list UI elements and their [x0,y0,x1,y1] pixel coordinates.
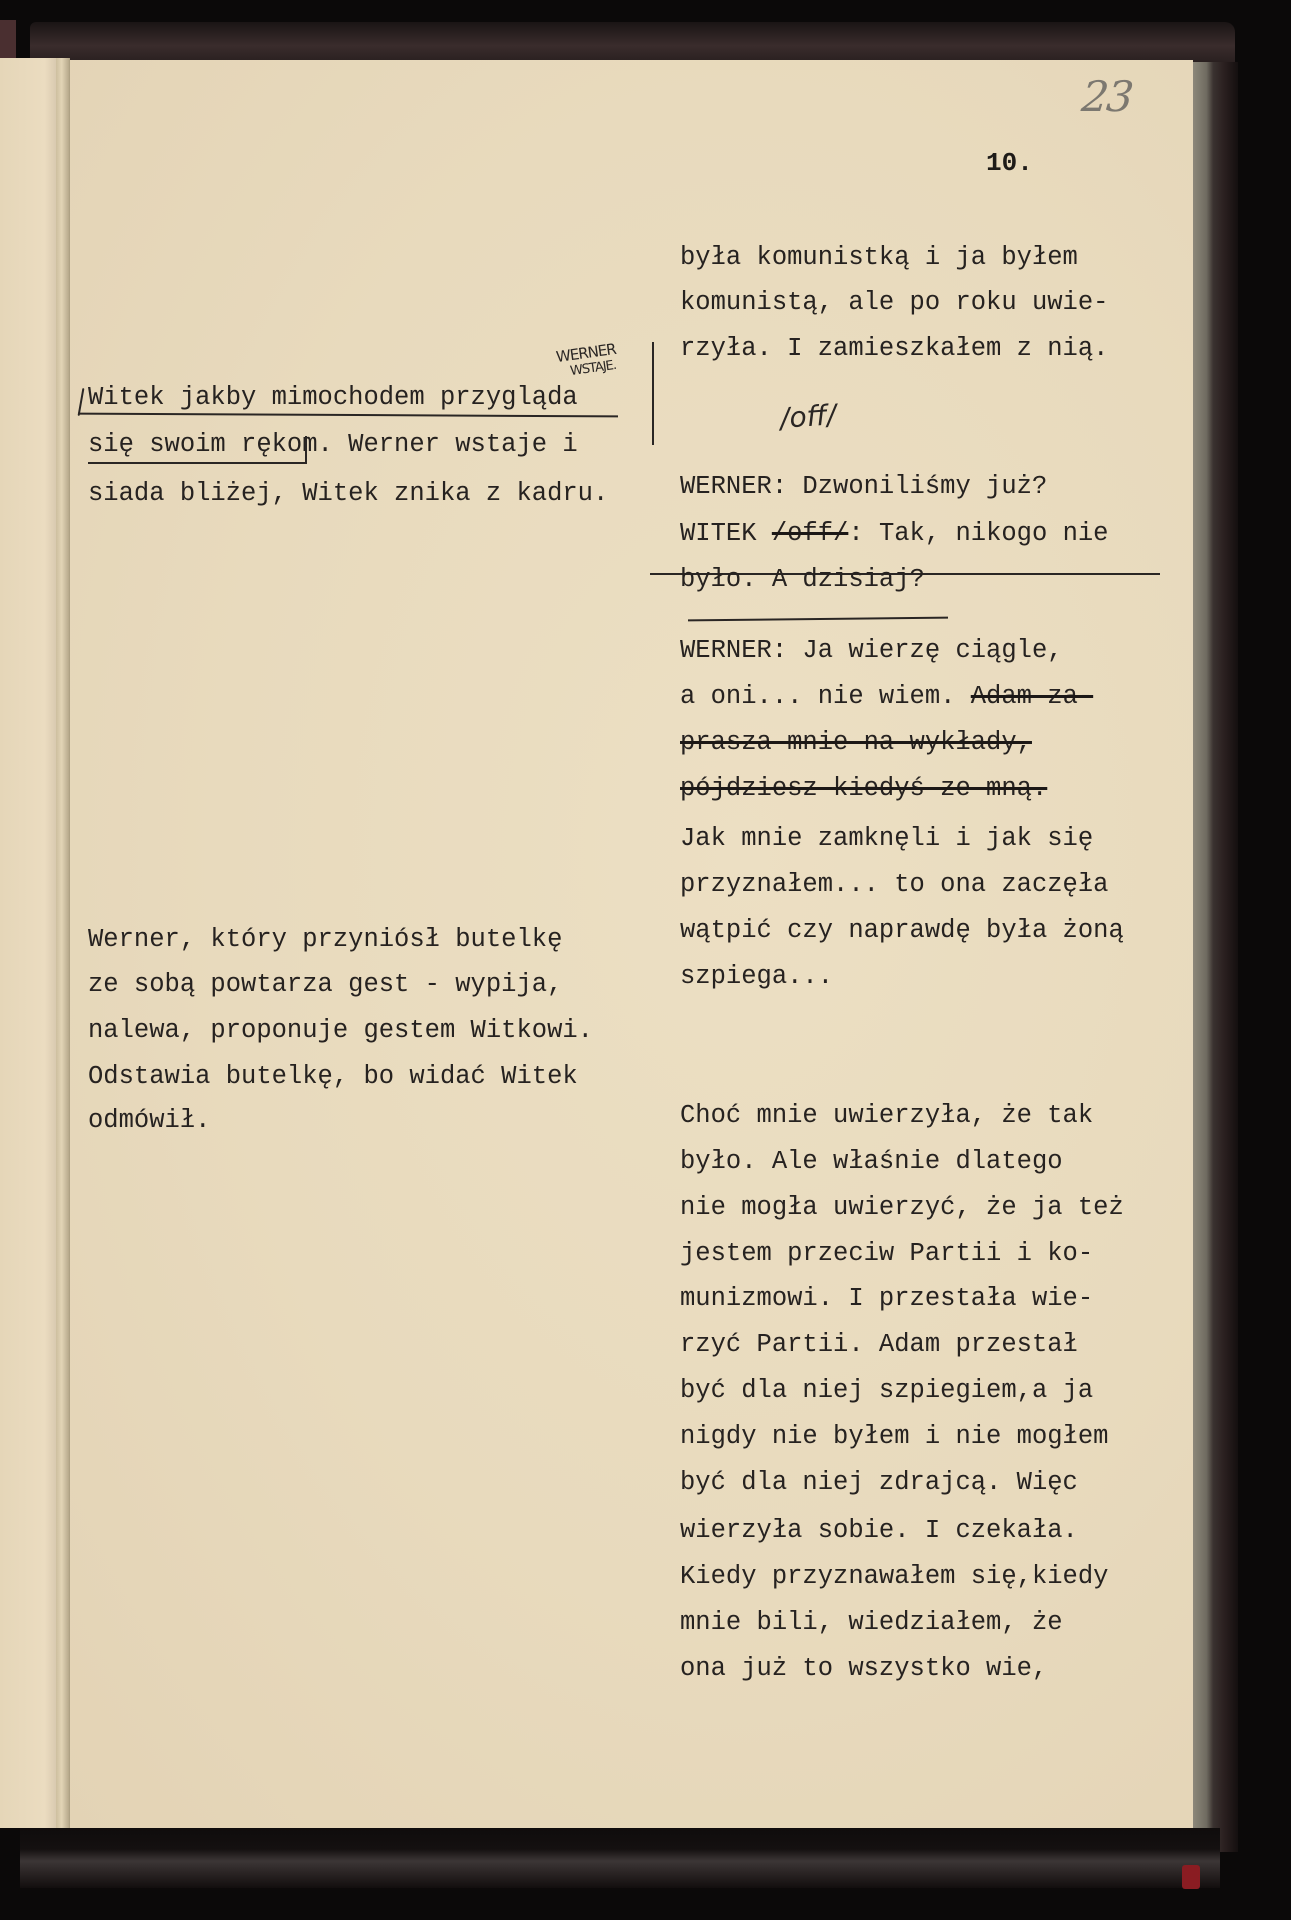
handwritten-off-note: /off/ [779,398,837,435]
dialogue-line: Jak mnie zamknęli i jak się [680,824,1093,854]
dialogue-line: wątpić czy naprawdę była żoną [680,916,1124,946]
dialogue-line: być dla niej szpiegiem,a ja [680,1376,1093,1406]
dialogue-line: była komunistką i ja byłem [680,243,1078,273]
typed-page-number: 10. [986,148,1033,178]
cover-corner [1182,1865,1200,1889]
dialogue-line: nie mogła uwierzyć, że ja też [680,1193,1124,1223]
dialogue-line: przyznałem... to ona zaczęła [680,870,1108,900]
left-action-line: Odstawia butelkę, bo widać Witek [88,1062,578,1092]
handwritten-page-number: 23 [1079,72,1134,121]
dialogue-line: mnie bili, wiedziałem, że [680,1608,1063,1638]
struck-text: Adam za- [971,682,1093,711]
dialogue-line: Choć mnie uwierzyła, że tak [680,1101,1093,1131]
cover-edge-left [0,20,16,60]
dialogue-line: rzyć Partii. Adam przestał [680,1330,1078,1360]
dialogue-line: było. Ale właśnie dlatego [680,1147,1063,1177]
dialogue-line: komunistą, ale po roku uwie- [680,288,1108,318]
book-page-stack-right [1193,62,1238,1852]
speaker-witek: WITEK [680,519,757,548]
book-cover-top [30,22,1235,62]
left-action-line: się swoim rękom. Werner wstaje i [88,430,578,460]
left-action-line: Witek jakby mimochodem przygląda [88,383,578,413]
pen-margin-line [652,342,654,445]
dialogue-line: ona już to wszystko wie, [680,1654,1047,1684]
pen-underline [88,462,306,464]
dialogue-line: WERNER: Ja wierzę ciągle, [680,636,1063,666]
book-cover-bottom [20,1828,1220,1888]
struck-off-tag: /off/ [772,519,849,548]
left-action-line: nalewa, proponuje gestem Witkowi. [88,1016,593,1046]
dialogue-line: rzyła. I zamieszkałem z nią. [680,334,1108,364]
dialogue-line: szpiega... [680,962,833,992]
pen-bracket-close [305,436,307,464]
dialogue-text: a oni... nie wiem. [680,682,971,711]
left-page-edge [0,58,56,1828]
dialogue-line: było. A dzisiaj? [680,565,925,595]
dialogue-line: Kiedy przyznawałem się,kiedy [680,1562,1108,1592]
left-action-line: odmówił. [88,1106,210,1136]
dialogue-line: być dla niej zdrajcą. Więc [680,1468,1078,1498]
struck-line: prasza mnie na wykłady, [680,728,1032,758]
dialogue-line: a oni... nie wiem. Adam za- [680,682,1093,712]
dialogue-line: WITEK /off/: Tak, nikogo nie [680,519,1109,549]
left-action-line: Werner, który przyniósł butelkę [88,925,562,955]
dialogue-line: WERNER: Dzwoniliśmy już? [680,472,1047,502]
dialogue-text: : Tak, nikogo nie [848,519,1108,548]
dialogue-line: munizmowi. I przestała wie- [680,1284,1093,1314]
struck-line: pójdziesz kiedyś ze mną. [680,774,1047,804]
book-spine-gutter [56,58,70,1828]
dialogue-line: wierzyła sobie. I czekała. [680,1516,1078,1546]
left-action-line: ze sobą powtarza gest - wypija, [88,970,562,1000]
dialogue-line: nigdy nie byłem i nie mogłem [680,1422,1108,1452]
dialogue-line: jestem przeciw Partii i ko- [680,1239,1093,1269]
left-action-line: siada bliżej, Witek znika z kadru. [88,479,608,509]
